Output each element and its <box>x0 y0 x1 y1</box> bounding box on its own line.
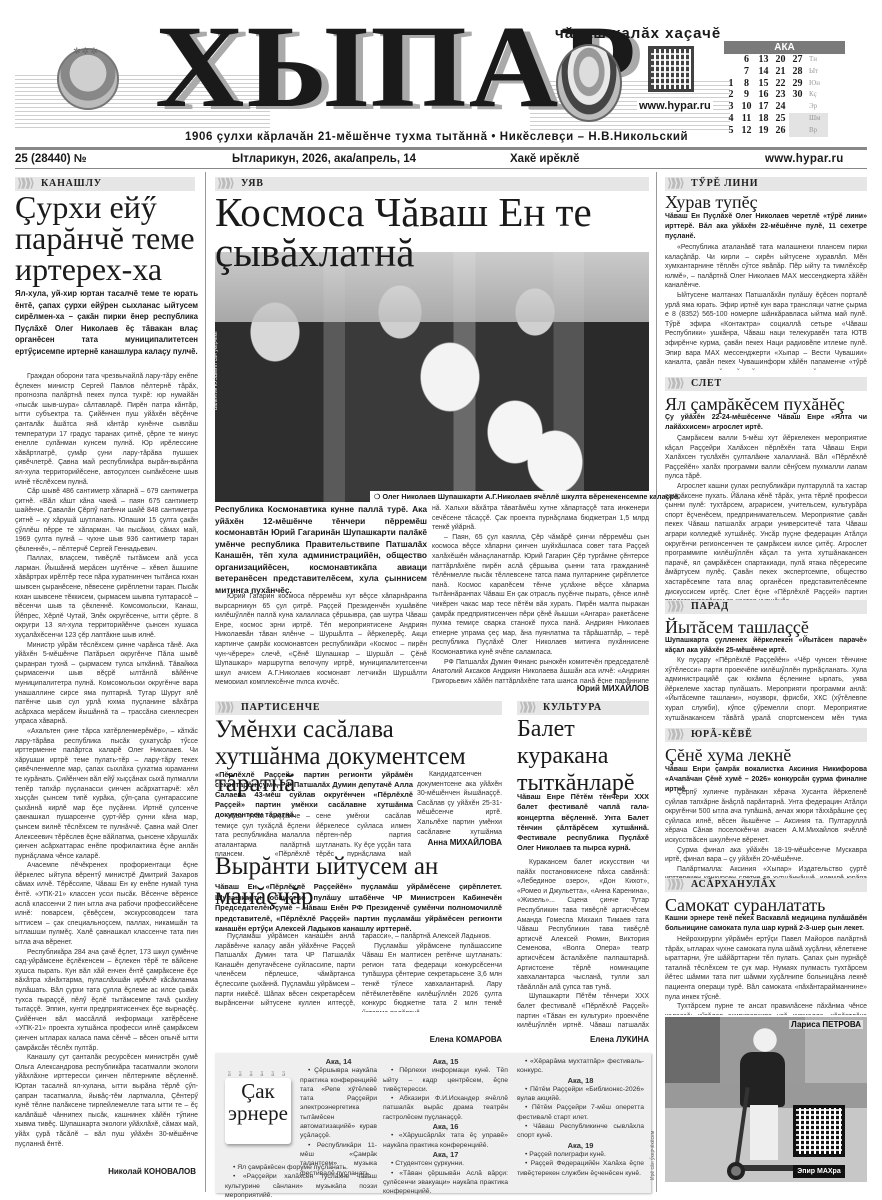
paragraph: Юрий Гагарин космоса пĕрремĕш хут вĕçсе … <box>215 592 427 684</box>
event-day: Ака, 16 <box>383 1122 508 1131</box>
questions-body-col1: Пуçламăш уйрăмсен канашĕн анлă ларăвĕнче… <box>215 932 355 1010</box>
parad-headline[interactable]: Йытăсем ташлаççĕ <box>665 618 867 637</box>
calendar-date: 1 <box>724 78 738 90</box>
paragraph: Ку пуçару «Пĕрлĕхлĕ Раççейĕн» «Чĕр чунсе… <box>665 656 867 721</box>
event-item: • «Тăван çĕршывăн Аслă вăрçи: çулĕсенчи … <box>383 1169 508 1197</box>
calendar-date: 28 <box>789 66 806 78</box>
event-day: Ака, 19 <box>517 1141 644 1150</box>
month-calendar: АКА 6132027Тн7142128Ыт18152229Юн29162330… <box>724 41 845 137</box>
event-item: • Пĕтĕм Раççейри 7-мĕш оперетта фестивал… <box>517 1103 644 1122</box>
photo-credit: Валентин КУЗЬМИН сăн ӳкерчĕкĕ <box>213 331 219 410</box>
party-body-col2: сене умĕнхи сасăлав йĕркелесе суйласа ил… <box>316 812 411 857</box>
asarkhanulah-headline[interactable]: Самокат суранлатать <box>665 896 867 915</box>
event-item: • Чăваш Республикинче сывлăхла спорт кун… <box>517 1122 644 1141</box>
calendar-date: 10 <box>738 101 755 113</box>
calendar-date <box>789 125 806 137</box>
paragraph: Çурма финал ака уйăхĕн 18-19-мĕшĕсенче М… <box>665 846 867 865</box>
calendar-date: 20 <box>772 54 789 66</box>
paragraph: Республикăра 284 ача çачĕ ĕçлет, 173 шку… <box>15 948 198 1054</box>
author-byline: Юрий МИХАЙЛОВ <box>432 684 649 693</box>
qr-caption: Эпир МАХра <box>793 1165 845 1178</box>
paragraph: Канашлу çут çанталăк ресурсĕсен министрĕ… <box>15 1053 198 1149</box>
calendar-date: 17 <box>755 101 772 113</box>
parad-body: Ку пуçару «Пĕрлĕхлĕ Раççейĕн» «Чĕр чунсе… <box>665 656 867 721</box>
author-byline: Лариса ПЕТРОВА <box>789 1020 863 1029</box>
yura-body: Çĕрпӳ хулинче пурăнакан хĕрача Хусанта й… <box>665 788 867 883</box>
events-col-2: Ака, 15 • Пĕрлехи информаци кунĕ. Тĕп ый… <box>383 1057 508 1196</box>
paragraph: Агрослет кашни çулах республикăри пултар… <box>665 482 867 607</box>
culture-lead: Чăваш Енре Пĕтĕм тĕнчери XXX балет фести… <box>517 792 649 854</box>
calendar-date: 4 <box>724 113 738 125</box>
paragraph: Сăр шывĕ 486 сантиметр хăпарнă – 679 сан… <box>15 487 198 554</box>
calendar-date: 23 <box>772 89 789 101</box>
paragraph: «Çак утăм хыççăнче – темиçе çул тухăçлă … <box>215 812 310 857</box>
turre-lead: Чăваш Ен Пуçлăхĕ Олег Николаев черетлĕ «… <box>665 212 867 242</box>
culture-body: Куракансем балет искусствин чи пайăх пос… <box>517 858 649 1030</box>
slet-lead: Çу уйăхĕн 22-24-мĕшĕсенче Чăваш Енре «Ял… <box>665 413 867 433</box>
slet-headline[interactable]: Ял çамрăкĕсем пухăнĕç <box>665 395 867 414</box>
paragraph: Пуçламăш уйрăмсен канашĕн анлă ларăвĕнче… <box>215 932 355 1010</box>
paragraph: «Республика аталанăвĕ тата малашнехи пла… <box>665 243 867 291</box>
photo-credit: Ирĕ сăн ӳкерчĕкĕсем <box>650 1131 656 1180</box>
paragraph: РФ Патшалăх Думин Финанс рынокĕн комитеч… <box>432 658 649 685</box>
founding-line: 1906 çулхи кăрлачăн 21-мĕшĕнче тухма тыт… <box>185 131 688 143</box>
calendar-date: 24 <box>772 101 789 113</box>
events-col-3: • «Хĕрарăма мухтатпăр» фестиваль-конкурс… <box>517 1057 644 1178</box>
qr-code-icon[interactable] <box>793 1105 845 1157</box>
paragraph: тарасси», – палăртнă Алексей Ладыков. <box>362 932 502 942</box>
calendar-date: 21 <box>772 66 789 78</box>
calendar-month: АКА <box>724 41 845 54</box>
badge-line: эрнере <box>225 1102 291 1124</box>
author-byline: Елена КОМАРОВА <box>362 1035 502 1044</box>
event-item: • Çĕршывра наукăпа практика конференцийĕ… <box>300 1066 377 1140</box>
event-item: • Раççей полиграфи кунĕ. <box>517 1150 644 1159</box>
paragraph: – Паян, 65 çул каялла, Çĕр чăмăрĕ çинчи … <box>432 533 649 658</box>
calendar-date <box>789 101 806 113</box>
calendar-date: 9 <box>738 89 755 101</box>
calendar-date: 18 <box>755 113 772 125</box>
calendar-week-row: 6132027Тн <box>724 54 845 66</box>
calendar-weekday: Юн <box>806 78 828 90</box>
rubric-slet: СЛЕТ <box>665 377 867 391</box>
badge-line: Çак <box>225 1080 291 1102</box>
tagline: чăваш халăх хаçачĕ <box>555 25 721 42</box>
paragraph: Ачасемпе пĕчĕкренех профориентаци ĕçне й… <box>15 861 198 947</box>
calendar-weekday: Ыт <box>806 66 828 78</box>
questions-body-col2: тарасси», – палăртнă Алексей Ладыков. Пу… <box>362 932 502 1012</box>
calendar-date: 22 <box>772 78 789 90</box>
calendar-date: 7 <box>738 66 755 78</box>
founder-portrait <box>556 44 622 122</box>
emblem-stars-icon: ✲✲✲ <box>73 46 99 57</box>
calendar-date: 15 <box>755 78 772 90</box>
rubric-parad: ПАРАД <box>665 600 867 614</box>
rubric-partisenche: ПАРТИСЕНЧЕ <box>215 701 502 715</box>
event-item: • Ял çамрăкĕсен форумĕ пуçланать. <box>225 1163 377 1172</box>
qr-code-icon[interactable] <box>648 46 694 92</box>
turre-body: «Республика аталанăвĕ тата малашнехи пла… <box>665 243 867 370</box>
event-day: Ака, 15 <box>383 1057 508 1066</box>
event-item: • Абхазири Ф.И.Искандер ячĕллĕ патшалăх … <box>383 1094 508 1122</box>
calendar-date: 6 <box>738 54 755 66</box>
event-day: Ака, 14 <box>300 1057 377 1066</box>
event-item: • Пĕрлехи информаци кунĕ. Тĕп ыйту – кад… <box>383 1066 508 1094</box>
event-item: • «Раççейри халăхсен туслăхне чăваш куль… <box>225 1172 377 1200</box>
author-byline: Николай КОНОВАЛОВ <box>15 1167 196 1176</box>
calendar-week-row: 3101724Эр <box>724 101 845 113</box>
questions-lead: Чăваш Ен «Пĕрлĕхлĕ Раççейĕн» пуçламăш уй… <box>215 882 502 935</box>
calendar-date: 2 <box>724 89 738 101</box>
event-item: • Раççей Федерацийĕн Халăха ĕçпе тивĕçте… <box>517 1159 644 1178</box>
calendar-date: 5 <box>724 125 738 137</box>
calendar-date: 12 <box>738 125 755 137</box>
coat-of-arms-icon <box>57 48 119 110</box>
calendar-week-row: 7142128Ыт <box>724 66 845 78</box>
calendar-date: 3 <box>724 101 738 113</box>
calendar-week-row: 18152229Юн <box>724 78 845 90</box>
main-article-photo[interactable] <box>215 252 649 502</box>
website-link[interactable]: www.hypar.ru <box>765 153 844 165</box>
divider <box>15 147 867 150</box>
calendar-rings-icon: ӑ ӑ ӑ ӑ ӑ ӑ <box>225 1070 291 1078</box>
issue-date: Ытларикун, 2026, ака/апрель, 14 <box>232 153 416 165</box>
paragraph: Граждан оборони тата чрезвычайлă лару-тă… <box>15 372 198 487</box>
events-col-1-bottom: • Ял çамрăкĕсен форумĕ пуçланать. • «Раç… <box>225 1163 377 1200</box>
calendar-date: 27 <box>789 54 806 66</box>
scooter-photo[interactable]: Лариса ПЕТРОВА Эпир МАХра <box>665 1017 867 1182</box>
photo-figure <box>750 1105 778 1160</box>
paragraph: Çĕрпӳ хулинче пурăнакан хĕрача Хусанта й… <box>665 788 867 846</box>
parad-lead: Шупашкарта çулленех йĕркелекен «Йытăсен … <box>665 636 867 656</box>
paragraph: Кандидатсенчен документсене ака уйăхĕн 3… <box>417 770 502 838</box>
paragraph: Паллах, влаçсем, тивĕçлĕ тытăмсем алă ус… <box>15 554 198 640</box>
slet-body: Çамрăксем валли 5-мĕш хут йĕркелекен мер… <box>665 434 867 608</box>
main-body-col2: нă. Хальхи вăхăтра тăватăмĕш хутне хăпар… <box>432 504 649 684</box>
culture-headline[interactable]: Балет куракана тыткăнларĕ <box>517 716 649 797</box>
calendar-date <box>789 113 806 125</box>
calendar-date <box>724 66 738 78</box>
column-divider <box>205 172 206 1192</box>
photo-caption: ❍ Олег Николаев Шупашкарти А.Г.Николаев … <box>370 491 649 502</box>
calendar-weekday: Эр <box>806 101 828 113</box>
calendar-date: 16 <box>755 89 772 101</box>
calendar-weekday: Кç <box>806 89 828 101</box>
asarkhanulah-body: Нейрохирурги уйрăмĕн ертӳçи Павел Майоро… <box>665 935 867 1015</box>
party-body-col3: Кандидатсенчен документсене ака уйăхĕн 3… <box>417 770 502 838</box>
asarkhanulah-lead: Кашни эрнере тенĕ пекех Васкавлă медицин… <box>665 914 867 934</box>
calendar-week-row: 29162330Кç <box>724 89 845 101</box>
calendar-date <box>724 54 738 66</box>
website-link[interactable]: www.hypar.ru <box>637 100 713 112</box>
event-item: • «Хĕрарăма мухтатпăр» фестиваль-конкурс… <box>517 1057 644 1076</box>
issue-price: Хакĕ ирĕклĕ <box>510 153 580 165</box>
party-body-col1: «Çак утăм хыççăнче – темиçе çул тухăçлă … <box>215 812 310 857</box>
paragraph: Шупашкарти Пĕтĕм тĕнчери XXX балет фести… <box>517 992 649 1030</box>
calendar-date: 11 <box>738 113 755 125</box>
rubric-kultura: КУЛЬТУРА <box>517 701 649 715</box>
main-lead: Республика Космонавтика кунне паллă турĕ… <box>215 504 427 596</box>
calendar-date: 14 <box>755 66 772 78</box>
paragraph: сене умĕнхи сасăлав йĕркелесе суйласа ил… <box>316 812 411 857</box>
this-week-badge: ӑ ӑ ӑ ӑ ӑ ӑ Çак эрнере <box>225 1078 291 1144</box>
turre-headline[interactable]: Хурав тупĕç <box>665 193 867 212</box>
events-col-1: Ака, 14 • Çĕршывра наукăпа практика конф… <box>300 1057 377 1178</box>
calendar-weekday: Тн <box>806 54 828 66</box>
issue-number: 25 (28440) № <box>15 153 87 165</box>
photo-figure <box>727 1162 745 1180</box>
calendar-week-row: 4111825Шм <box>724 113 845 125</box>
paragraph: «Ахальтен çине тăрса хатĕрленмерĕмĕр», –… <box>15 727 198 861</box>
left-body: Граждан оборони тата чрезвычайлă лару-тă… <box>15 372 198 1162</box>
masthead: ✲✲✲ ХЫПАР чăваш халăх хаçачĕ www.hypar.r… <box>0 0 882 170</box>
divider <box>15 168 867 169</box>
event-day: Ака, 17 <box>383 1150 508 1159</box>
calendar-date: 29 <box>789 78 806 90</box>
rubric-ture-lini: ТӲРĔ ЛИНИ <box>665 177 867 191</box>
author-byline: Елена ЛУКИНА <box>517 1035 649 1044</box>
calendar-date: 25 <box>772 113 789 125</box>
calendar-date: 26 <box>772 125 789 137</box>
paragraph: Куракансем балет искусствин чи пайăх пос… <box>517 858 649 992</box>
this-week-events-box: ӑ ӑ ӑ ӑ ӑ ӑ Çак эрнере Ака, 14 • Çĕршывр… <box>215 1053 651 1193</box>
calendar-date: 30 <box>789 89 806 101</box>
main-body-col1: Юрий Гагарин космоса пĕрремĕш хут вĕçсе … <box>215 592 427 684</box>
event-day: Ака, 18 <box>517 1076 644 1085</box>
paragraph: Министр уйрăм тĕслĕхсем çинне чарăнса тă… <box>15 641 198 727</box>
calendar-date: 19 <box>755 125 772 137</box>
yura-headline[interactable]: Çĕнĕ хума лекнĕ <box>665 746 867 765</box>
calendar-week-row: 5121926Вр <box>724 125 845 137</box>
calendar-weekday: Шм <box>806 113 828 125</box>
calendar-weekday: Вр <box>806 125 828 137</box>
paragraph: Ыйтусене малтанах Патшалăхăн пулăшу ĕçĕс… <box>665 291 867 370</box>
paragraph: нă. Хальхи вăхăтра тăватăмĕш хутне хăпар… <box>432 504 649 533</box>
paragraph: Нейрохирурги уйрăмĕн ертӳçи Павел Майоро… <box>665 935 867 1002</box>
event-item: • Студентсен çуркунни. <box>383 1159 508 1168</box>
rubric-asarkhanulakh: АСĂРХАНУЛĂХ <box>665 878 867 892</box>
column-divider <box>656 172 657 1192</box>
main-headline[interactable]: Космоса Чăваш Ен те çывăхлатнă <box>215 192 649 272</box>
event-item: • «Хăрушсăрлăх тата ĕç управĕ» наукăпа п… <box>383 1131 508 1150</box>
rubric-yura-keve: ЮРĂ-КĔВĔ <box>665 728 867 742</box>
left-headline[interactable]: Çурхи ейӳ парăнчĕ теме иртерех-ха <box>15 192 200 285</box>
paragraph: Пуçламăш уйрăмсене пулăшассипе Чăваш Ен … <box>362 942 502 1012</box>
author-byline: Анна МИХАЙЛОВА <box>417 838 502 847</box>
paragraph: Тухтăрсем пурне те ансат правилăсене пăх… <box>665 1002 867 1015</box>
event-item: • Пĕтĕм Раççейри «Библионкс-2026» вулав … <box>517 1085 644 1104</box>
calendar-date: 8 <box>738 78 755 90</box>
paragraph: Çамрăксем валли 5-мĕш хут йĕркелекен мер… <box>665 434 867 482</box>
left-lead: Ял-хула, уй-хир юртан тасалчĕ теме те юр… <box>15 288 198 357</box>
calendar-date: 13 <box>755 54 772 66</box>
